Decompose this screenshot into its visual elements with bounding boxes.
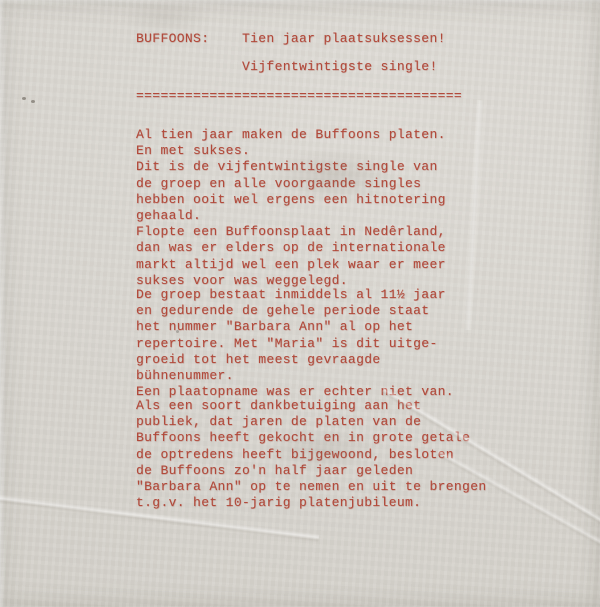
record-sleeve-scan: BUFFOONS: Tien jaar plaatsuksessen! Vijf… xyxy=(0,0,600,607)
paragraph-dankbetuiging: Als een soort dankbetuiging aan het publ… xyxy=(136,398,487,511)
divider-line: ======================================== xyxy=(136,88,462,104)
paragraph-barbara-ann: De groep bestaat inmiddels al 11½ jaar e… xyxy=(136,287,454,400)
header-title: BUFFOONS: Tien jaar plaatsuksessen! Vijf… xyxy=(136,25,446,80)
paper-speck xyxy=(22,97,26,100)
paper-speck xyxy=(31,100,35,103)
paragraph-intro: Al tien jaar maken de Buffoons platen. E… xyxy=(136,127,446,289)
paper-crease xyxy=(464,100,484,330)
